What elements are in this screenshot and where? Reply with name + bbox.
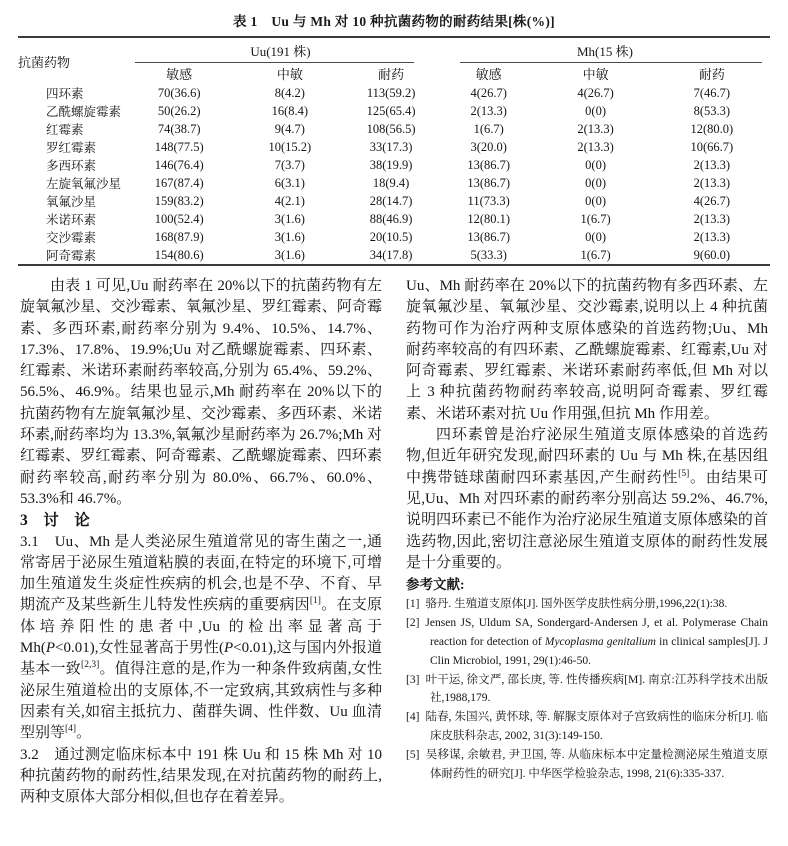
value-cell: 2(13.3) (440, 102, 538, 120)
value-cell: 100(52.4) (121, 210, 237, 228)
value-cell: 113(59.2) (342, 84, 440, 102)
antibiotic-column-header: 抗菌药物 (18, 37, 121, 84)
references-heading: 参考文献: (406, 574, 768, 595)
table-row: 罗红霉素148(77.5)10(15.2)33(17.3)3(20.0)2(13… (18, 138, 770, 156)
value-cell: 3(1.6) (237, 210, 342, 228)
value-cell: 70(36.6) (121, 84, 237, 102)
value-cell: 2(13.3) (537, 120, 653, 138)
drug-name-cell: 阿奇霉素 (18, 246, 121, 265)
value-cell: 74(38.7) (121, 120, 237, 138)
paper-page: 表 1 Uu 与 Mh 对 10 种抗菌药物的耐药结果[株(%)] 抗菌药物 U… (0, 0, 788, 846)
value-cell: 4(26.7) (537, 84, 653, 102)
article-body: 由表 1 可见,Uu 耐药率在 20%以下的抗菌药物有左旋氧氟沙星、交沙霉素、氧… (0, 266, 788, 808)
table-row: 交沙霉素168(87.9)3(1.6)20(10.5)13(86.7)0(0)2… (18, 228, 770, 246)
table-group-header-row: 抗菌药物 Uu(191 株) Mh(15 株) (18, 37, 770, 63)
value-cell: 8(4.2) (237, 84, 342, 102)
value-cell: 0(0) (537, 156, 653, 174)
value-cell: 13(86.7) (440, 228, 538, 246)
value-cell: 7(46.7) (654, 84, 770, 102)
uu-group-header: Uu(191 株) (121, 37, 440, 63)
value-cell: 2(13.3) (654, 210, 770, 228)
mh-intermediate-header: 中敏 (537, 63, 653, 84)
drug-name-cell: 红霉素 (18, 120, 121, 138)
value-cell: 146(76.4) (121, 156, 237, 174)
value-cell: 1(6.7) (537, 210, 653, 228)
reference-item: [2]Jensen JS, Uldum SA, Sondergard-Ander… (406, 614, 768, 670)
value-cell: 148(77.5) (121, 138, 237, 156)
value-cell: 3(20.0) (440, 138, 538, 156)
reference-item: [5]吴移谋, 余敏君, 尹卫国, 等. 从临床标本中定量检测泌尿生殖道支原体耐… (406, 746, 768, 784)
table-row: 米诺环素100(52.4)3(1.6)88(46.9)12(80.1)1(6.7… (18, 210, 770, 228)
table-subheader-row: 敏感 中敏 耐药 敏感 中敏 耐药 (18, 63, 770, 84)
section-heading-discussion: 3 讨 论 (20, 510, 382, 531)
table-body: 四环素70(36.6)8(4.2)113(59.2)4(26.7)4(26.7)… (18, 84, 770, 265)
value-cell: 3(1.6) (237, 246, 342, 265)
value-cell: 2(13.3) (654, 156, 770, 174)
reference-item: [3]叶干运, 徐文严, 邵长庚, 等. 性传播疾病[M]. 南京:江苏科学技术… (406, 671, 768, 709)
uu-sensitive-header: 敏感 (121, 63, 237, 84)
right-column: Uu、Mh 耐药率在 20%以下的抗菌药物有多西环素、左旋氧氟沙星、氧氟沙星、交… (406, 276, 768, 808)
value-cell: 10(66.7) (654, 138, 770, 156)
mh-sensitive-header: 敏感 (440, 63, 538, 84)
drug-name-cell: 多西环素 (18, 156, 121, 174)
paragraph-results: 由表 1 可见,Uu 耐药率在 20%以下的抗菌药物有左旋氧氟沙星、交沙霉素、氧… (20, 276, 382, 510)
value-cell: 0(0) (537, 228, 653, 246)
table-row: 阿奇霉素154(80.6)3(1.6)34(17.8)5(33.3)1(6.7)… (18, 246, 770, 265)
mh-resistant-header: 耐药 (654, 63, 770, 84)
value-cell: 34(17.8) (342, 246, 440, 265)
value-cell: 9(60.0) (654, 246, 770, 265)
value-cell: 2(13.3) (654, 228, 770, 246)
table-row: 乙酰螺旋霉素50(26.2)16(8.4)125(65.4)2(13.3)0(0… (18, 102, 770, 120)
reference-item: [4]陆春, 朱国兴, 黄怀球, 等. 解脲支原体对子宫致病性的临床分析[J].… (406, 708, 768, 746)
value-cell: 159(83.2) (121, 192, 237, 210)
value-cell: 108(56.5) (342, 120, 440, 138)
left-column: 由表 1 可见,Uu 耐药率在 20%以下的抗菌药物有左旋氧氟沙星、交沙霉素、氧… (20, 276, 382, 808)
table-row: 左旋氧氟沙星167(87.4)6(3.1)18(9.4)13(86.7)0(0)… (18, 174, 770, 192)
value-cell: 167(87.4) (121, 174, 237, 192)
value-cell: 18(9.4) (342, 174, 440, 192)
reference-label: [4] (406, 711, 419, 723)
value-cell: 20(10.5) (342, 228, 440, 246)
value-cell: 9(4.7) (237, 120, 342, 138)
paragraph-tetracycline: 四环素曾是治疗泌尿生殖道支原体感染的首选药物,但近年研究发现,耐四环素的 Uu … (406, 425, 768, 574)
drug-name-cell: 交沙霉素 (18, 228, 121, 246)
uu-resistant-header: 耐药 (342, 63, 440, 84)
table-row: 氧氟沙星159(83.2)4(2.1)28(14.7)11(73.3)0(0)4… (18, 192, 770, 210)
value-cell: 12(80.0) (654, 120, 770, 138)
reference-label: [2] (406, 617, 419, 629)
reference-label: [1] (406, 598, 419, 610)
value-cell: 1(6.7) (537, 246, 653, 265)
value-cell: 4(26.7) (654, 192, 770, 210)
drug-name-cell: 米诺环素 (18, 210, 121, 228)
drug-name-cell: 左旋氧氟沙星 (18, 174, 121, 192)
value-cell: 16(8.4) (237, 102, 342, 120)
value-cell: 0(0) (537, 102, 653, 120)
reference-label: [5] (406, 749, 419, 761)
drug-name-cell: 四环素 (18, 84, 121, 102)
value-cell: 38(19.9) (342, 156, 440, 174)
value-cell: 12(80.1) (440, 210, 538, 228)
reference-item: [1]骆丹. 生殖道支原体[J]. 国外医学皮肤性病分册,1996,22(1):… (406, 595, 768, 614)
value-cell: 13(86.7) (440, 156, 538, 174)
value-cell: 11(73.3) (440, 192, 538, 210)
drug-name-cell: 氧氟沙星 (18, 192, 121, 210)
table-row: 红霉素74(38.7)9(4.7)108(56.5)1(6.7)2(13.3)1… (18, 120, 770, 138)
value-cell: 168(87.9) (121, 228, 237, 246)
resistance-results-table: 抗菌药物 Uu(191 株) Mh(15 株) 敏感 中敏 耐药 敏感 中敏 耐… (18, 36, 770, 266)
reference-label: [3] (406, 674, 419, 686)
paragraph-3-1: 3.1 Uu、Mh 是人类泌尿生殖道常见的寄生菌之一,通常寄居于泌尿生殖道粘膜的… (20, 532, 382, 745)
value-cell: 4(26.7) (440, 84, 538, 102)
value-cell: 5(33.3) (440, 246, 538, 265)
table-title: 表 1 Uu 与 Mh 对 10 种抗菌药物的耐药结果[株(%)] (0, 10, 788, 30)
value-cell: 1(6.7) (440, 120, 538, 138)
drug-name-cell: 罗红霉素 (18, 138, 121, 156)
value-cell: 8(53.3) (654, 102, 770, 120)
paragraph-3-2: 3.2 通过测定临床标本中 191 株 Uu 和 15 株 Mh 对 10 种抗… (20, 745, 382, 809)
value-cell: 3(1.6) (237, 228, 342, 246)
value-cell: 33(17.3) (342, 138, 440, 156)
value-cell: 0(0) (537, 174, 653, 192)
value-cell: 50(26.2) (121, 102, 237, 120)
value-cell: 125(65.4) (342, 102, 440, 120)
table-row: 四环素70(36.6)8(4.2)113(59.2)4(26.7)4(26.7)… (18, 84, 770, 102)
value-cell: 6(3.1) (237, 174, 342, 192)
value-cell: 10(15.2) (237, 138, 342, 156)
value-cell: 88(46.9) (342, 210, 440, 228)
paragraph-results-continued: Uu、Mh 耐药率在 20%以下的抗菌药物有多西环素、左旋氧氟沙星、氧氟沙星、交… (406, 276, 768, 425)
value-cell: 0(0) (537, 192, 653, 210)
value-cell: 154(80.6) (121, 246, 237, 265)
reference-list: [1]骆丹. 生殖道支原体[J]. 国外医学皮肤性病分册,1996,22(1):… (406, 595, 768, 783)
table-row: 多西环素146(76.4)7(3.7)38(19.9)13(86.7)0(0)2… (18, 156, 770, 174)
mh-group-header: Mh(15 株) (440, 37, 770, 63)
value-cell: 4(2.1) (237, 192, 342, 210)
value-cell: 2(13.3) (537, 138, 653, 156)
value-cell: 2(13.3) (654, 174, 770, 192)
drug-name-cell: 乙酰螺旋霉素 (18, 102, 121, 120)
uu-intermediate-header: 中敏 (237, 63, 342, 84)
value-cell: 7(3.7) (237, 156, 342, 174)
value-cell: 13(86.7) (440, 174, 538, 192)
value-cell: 28(14.7) (342, 192, 440, 210)
